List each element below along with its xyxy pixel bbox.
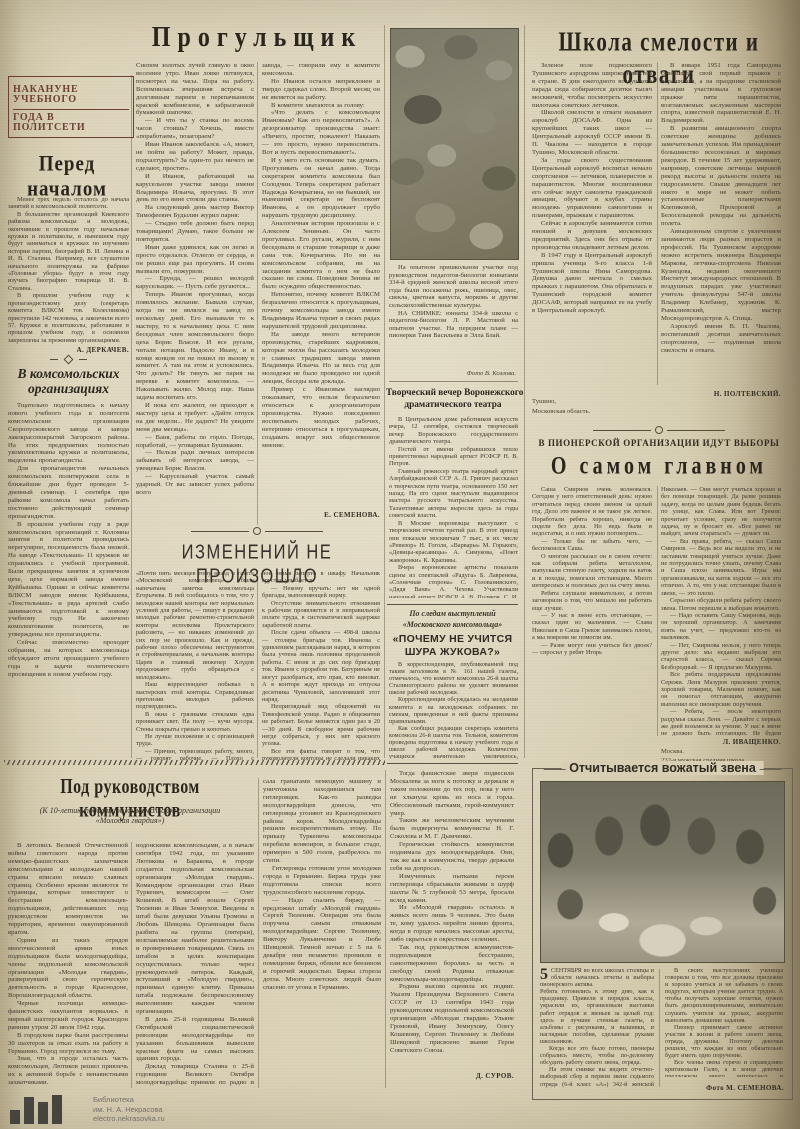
article-body: Тогда фашистские звери подвесили Москале… <box>390 770 514 1070</box>
article-body: нодонскими комсомольцами, а в начале сен… <box>136 842 254 1088</box>
headline-line: В комсомольских <box>8 366 129 381</box>
library-watermark: Библиотека им. Н. А. Некрасова electro.n… <box>93 1095 165 1124</box>
column-rule <box>257 570 258 758</box>
shura-kicker: По следам выступлений «Московского комсо… <box>387 608 518 630</box>
photo-caption: На опытном пришкольном участке под руков… <box>389 264 518 374</box>
article-body: сала гранатами немецкую машину и уничтож… <box>263 778 381 1088</box>
article-body: ное знамя заперто в шкафу. Начальник гру… <box>262 570 380 760</box>
subtitle-line: (К 10-летию подпольной комсомольской орг… <box>8 806 252 816</box>
kicker-line: По следам выступлений <box>387 608 518 619</box>
article-body: «Почти пять месяцев тому назад в газете … <box>136 570 254 760</box>
article-body: В Центральном доме работников искусств в… <box>389 416 518 598</box>
photo-pioneers-meeting <box>540 781 785 963</box>
article-body: 5 СЕНТЯБРЯ во всех школах столицы и обла… <box>540 967 654 1089</box>
place-line: Московская область. <box>532 408 652 415</box>
column-rule <box>384 25 385 758</box>
subtitle-molodaya-gvardiya: (К 10-летию подпольной комсомольской орг… <box>8 806 252 826</box>
byline: Д. СУРОВ. <box>390 1072 514 1080</box>
headline-v-komsomolskikh: В комсомольских организациях <box>8 366 129 396</box>
photo-credit: Фото В. Козлова. <box>389 370 516 377</box>
article-body: В январе 1951 года Самородова совершила … <box>661 62 781 386</box>
column-rule <box>131 75 132 758</box>
lead-text: СЕНТЯБРЯ во всех школах столицы и област… <box>540 967 654 988</box>
column-rule <box>258 778 259 1088</box>
ornament-divider <box>528 426 790 434</box>
headline-line: ШУРА ЖУКОВА?» <box>387 646 518 659</box>
headline-o-samom: О самом главном <box>528 452 790 481</box>
rule <box>387 762 518 764</box>
byline: Н. ПОЛТЕВСКИЙ. <box>661 390 781 398</box>
watermark-line: Библиотека <box>93 1095 165 1105</box>
byline: Е. СЕМЕНОВА. <box>262 511 380 519</box>
column-rule <box>657 62 658 385</box>
headline-progulshchik: Прогульщик <box>134 22 380 54</box>
article-body: Тщательно подготовились к началу нового … <box>8 402 129 758</box>
subtitle-line: «Молодая гвардия») <box>8 816 252 826</box>
column-rule <box>659 969 660 1087</box>
column-rule <box>657 486 658 736</box>
kicker-line: ГОДА В ПОЛИТСЕТИ <box>13 110 129 133</box>
headline-vozhaty: Отчитывается вожатый звена <box>561 761 764 775</box>
kicker-line: НАКАНУНЕ УЧЕБНОГО <box>13 82 129 110</box>
watermark-line: им. Н. А. Некрасова <box>93 1105 165 1115</box>
headline-teatr: Творческий вечер Воронежского драматичес… <box>386 387 520 411</box>
article-body: Снопом золотых лучей глянуло в окно весе… <box>136 62 254 528</box>
photo-yunnaty-garden <box>390 28 519 260</box>
place-line: Тушино, <box>532 398 652 405</box>
article-body-list: Ребята готовились к этому дню, как к пра… <box>540 988 654 1089</box>
rule <box>387 604 518 606</box>
headline-line: Творческий вечер Воронежского <box>386 387 520 399</box>
wavy-divider <box>4 760 385 765</box>
column-rule <box>257 62 258 525</box>
headline-line: организациях <box>8 381 129 396</box>
headline-shura: «ПОЧЕМУ НЕ УЧИТСЯ ШУРА ЖУКОВА?» <box>387 633 518 658</box>
headline-pered-nachalom: Перед началом <box>4 152 130 203</box>
article-body: завода, — говорили ему в комитете комсом… <box>262 62 380 508</box>
caption-text: На опытном пришкольном участке под руков… <box>389 264 518 310</box>
watermark-line: electro.nekrasovka.ru <box>93 1114 165 1124</box>
caption-snimke: НА СНИМКЕ: юннаты 334-й школы с педагого… <box>389 310 518 340</box>
photo-credit: Фото М. СЕМЕНОВА. <box>706 1084 784 1092</box>
article-body: В летопись Великой Отечественной войны с… <box>8 842 128 1088</box>
column-rule <box>131 842 132 1088</box>
article-body: Николаев. — Они могут учиться хорошо и б… <box>661 486 781 736</box>
rule <box>389 381 518 382</box>
place-line: Москва. <box>661 748 781 755</box>
library-logo-icon <box>10 1094 62 1124</box>
article-body: В своих выступлениях ученицы говорили о … <box>665 967 783 1077</box>
article-body: Зеленое поле подмосковного Тушинского аэ… <box>532 62 652 390</box>
ornament-divider <box>8 356 129 363</box>
newspaper-page: НАКАНУНЕ УЧЕБНОГО ГОДА В ПОЛИТСЕТИ Перед… <box>0 0 800 1129</box>
column-rule <box>524 25 525 758</box>
kicker-pioneer-vybory: В ПИОНЕРСКОЙ ОРГАНИЗАЦИИ ИДУТ ВЫБОРЫ <box>528 438 790 448</box>
section-vozhaty-box: Отчитывается вожатый звена 5 СЕНТЯБРЯ во… <box>532 768 793 1100</box>
ornament-divider <box>134 527 380 535</box>
headline-line: «ПОЧЕМУ НЕ УЧИТСЯ <box>387 633 518 646</box>
section-kicker-politset: НАКАНУНЕ УЧЕБНОГО ГОДА В ПОЛИТСЕТИ <box>8 76 134 138</box>
column-rule <box>385 770 386 1088</box>
article-body: В корреспонденции, опубликованной под та… <box>389 661 518 759</box>
article-body: Менее трех недель осталось до начала зан… <box>8 196 129 344</box>
byline: Л. ИВАЩЕНКО. <box>661 738 781 746</box>
article-body: Саша Смирнов очень волновался. Сегодня у… <box>532 486 652 736</box>
headline-line: драматического театра <box>386 399 520 411</box>
byline: А. ДЕРКАЧЕВ. <box>8 346 129 354</box>
drop-cap: 5 <box>540 968 548 981</box>
kicker-line: «Московского комсомольца» <box>387 619 518 630</box>
